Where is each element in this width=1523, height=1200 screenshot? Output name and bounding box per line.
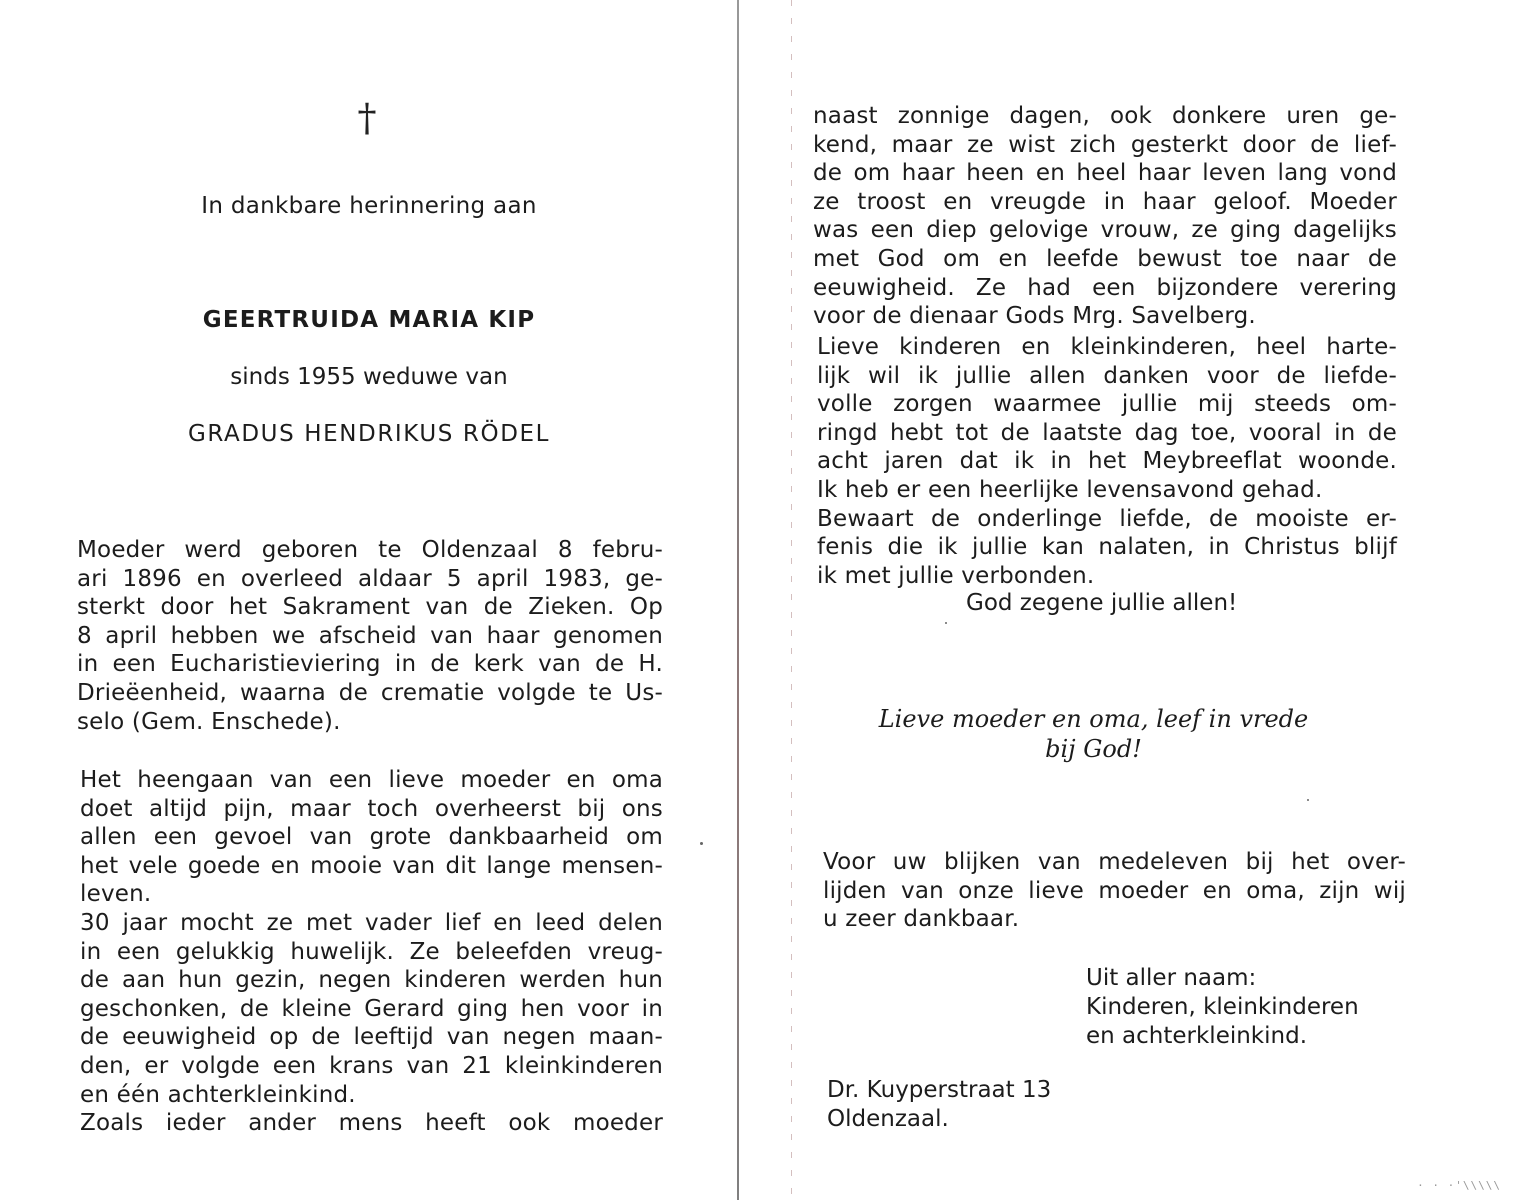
text-line: acht jaren dat ik in het Meybreeflat woo… bbox=[817, 447, 1397, 476]
text-line: naast zonnige dagen, ook donkere uren ge… bbox=[813, 102, 1397, 131]
faith-paragraph: naast zonnige dagen, ook donkere uren ge… bbox=[813, 102, 1397, 331]
text-line: leven. bbox=[80, 880, 663, 909]
motto-line: Lieve moeder en oma, leef in vrede bbox=[821, 704, 1366, 734]
farewell-paragraph: Lieve kinderen en kleinkinderen, heel ha… bbox=[817, 333, 1397, 590]
text-line: sterkt door het Sakrament van de Zieken.… bbox=[77, 593, 663, 622]
text-line: Moeder werd geboren te Oldenzaal 8 febru… bbox=[77, 536, 663, 565]
paper-speck bbox=[945, 622, 947, 624]
text-line: Ik heb er een heerlijke levensavond geha… bbox=[817, 476, 1397, 505]
text-line: Het heengaan van een lieve moeder en oma bbox=[80, 766, 663, 795]
text-line: kend, maar ze wist zich gesterkt door de… bbox=[813, 131, 1397, 160]
biography-paragraph-2: Het heengaan van een lieve moeder en oma… bbox=[80, 766, 663, 1138]
text-line: ari 1896 en overleed aldaar 5 april 1983… bbox=[77, 565, 663, 594]
text-line: fenis die ik jullie kan nalaten, in Chri… bbox=[817, 533, 1397, 562]
spouse-name: GRADUS HENDRIKUS RÖDEL bbox=[0, 421, 738, 447]
blessing-line: God zegene jullie allen! bbox=[966, 590, 1237, 616]
text-line: geschonken, de kleine Gerard ging hen vo… bbox=[80, 995, 663, 1024]
signoff-line: Uit aller naam: bbox=[1086, 964, 1359, 993]
text-line: in een Eucharistieviering in de kerk van… bbox=[77, 650, 663, 679]
secondary-fold-line bbox=[791, 0, 792, 1200]
paper-speck bbox=[700, 842, 703, 845]
motto-line: bij God! bbox=[821, 734, 1366, 764]
paper-speck bbox=[1307, 799, 1309, 801]
text-line: de om haar heen en heel haar leven lang … bbox=[813, 159, 1397, 188]
text-line: de eeuwigheid op de leeftijd van negen m… bbox=[80, 1023, 663, 1052]
text-line: in een gelukkig huwelijk. Ze beleefden v… bbox=[80, 938, 663, 967]
text-line: voor de dienaar Gods Mrg. Savelberg. bbox=[813, 302, 1397, 331]
text-line: ik met jullie verbonden. bbox=[817, 562, 1397, 591]
text-line: 30 jaar mocht ze met vader lief en leed … bbox=[80, 909, 663, 938]
text-line: met God om en leefde bewust toe naar de bbox=[813, 245, 1397, 274]
text-line: Zoals ieder ander mens heeft ook moeder bbox=[80, 1109, 663, 1138]
text-line: was een diep gelovige vrouw, ze ging dag… bbox=[813, 216, 1397, 245]
widow-line: sinds 1955 weduwe van bbox=[0, 364, 738, 390]
signoff-line: Kinderen, kleinkinderen bbox=[1086, 993, 1359, 1022]
text-line: selo (Gem. Enschede). bbox=[77, 708, 663, 737]
biography-paragraph-1: Moeder werd geboren te Oldenzaal 8 febru… bbox=[77, 536, 663, 736]
right-page: naast zonnige dagen, ook donkere uren ge… bbox=[741, 0, 1523, 1200]
signoff: Uit aller naam: Kinderen, kleinkinderen … bbox=[1086, 964, 1359, 1051]
intro-text: In dankbare herinnering aan bbox=[0, 193, 738, 219]
text-line: ringd hebt tot de laatste dag toe, voora… bbox=[817, 419, 1397, 448]
text-line: lijk wil ik jullie allen danken voor de … bbox=[817, 362, 1397, 391]
text-line: Drieëenheid, waarna de crematie volgde t… bbox=[77, 679, 663, 708]
text-line: de aan hun gezin, negen kinderen werden … bbox=[80, 966, 663, 995]
text-line: u zeer dankbaar. bbox=[823, 905, 1406, 934]
text-line: ze troost en vreugde in haar geloof. Moe… bbox=[813, 188, 1397, 217]
text-line: Voor uw blijken van medeleven bij het ov… bbox=[823, 848, 1406, 877]
text-line: 8 april hebben we afscheid van haar geno… bbox=[77, 622, 663, 651]
motto: Lieve moeder en oma, leef in vrede bij G… bbox=[821, 704, 1366, 764]
text-line: Lieve kinderen en kleinkinderen, heel ha… bbox=[817, 333, 1397, 362]
cross-icon: † bbox=[355, 98, 379, 138]
deceased-name: GEERTRUIDA MARIA KIP bbox=[0, 307, 738, 333]
thanks-paragraph: Voor uw blijken van medeleven bij het ov… bbox=[823, 848, 1406, 934]
scan-artifact: · · ·'\\\\\ bbox=[1417, 1179, 1501, 1192]
text-line: Bewaart de onderlinge liefde, de mooiste… bbox=[817, 505, 1397, 534]
address-street: Dr. Kuyperstraat 13 bbox=[827, 1076, 1051, 1105]
left-page: † In dankbare herinnering aan GEERTRUIDA… bbox=[0, 0, 738, 1200]
signoff-line: en achterkleinkind. bbox=[1086, 1022, 1359, 1051]
text-line: eeuwigheid. Ze had een bijzondere vereri… bbox=[813, 274, 1397, 303]
text-line: volle zorgen waarmee jullie mij steeds o… bbox=[817, 390, 1397, 419]
text-line: allen een gevoel van grote dankbaarheid … bbox=[80, 823, 663, 852]
address-city: Oldenzaal. bbox=[827, 1105, 1051, 1134]
text-line: lijden van onze lieve moeder en oma, zij… bbox=[823, 877, 1406, 906]
text-line: het vele goede en mooie van dit lange me… bbox=[80, 852, 663, 881]
text-line: en één achterkleinkind. bbox=[80, 1081, 663, 1110]
address: Dr. Kuyperstraat 13 Oldenzaal. bbox=[827, 1076, 1051, 1134]
text-line: doet altijd pijn, maar toch overheerst b… bbox=[80, 795, 663, 824]
text-line: den, er volgde een krans van 21 kleinkin… bbox=[80, 1052, 663, 1081]
